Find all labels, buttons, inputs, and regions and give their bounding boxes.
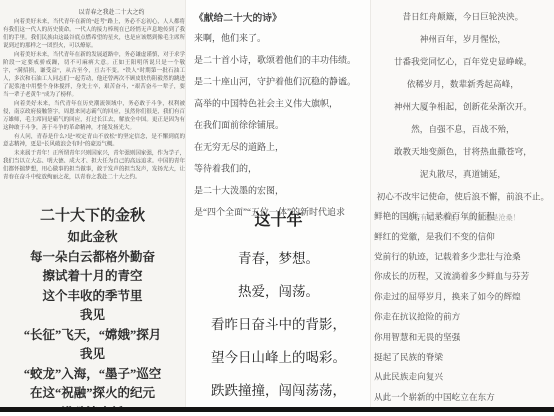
essay-block: 以青春之我赴二十大之约 向着美好未来，当代青年在新的“赶考”路上，务必不忘初心，…: [3, 8, 185, 183]
poem-line: 等待着我们的，: [194, 158, 371, 180]
poem-line: 这个丰收的季节里: [0, 287, 185, 307]
poem-line: 你走过的屈辱岁月，换来了如今的辉煌: [374, 287, 554, 307]
poem-line: 在我们面前徐徐铺展。: [194, 115, 371, 137]
poem-line: 从此民族走向复兴: [374, 368, 554, 388]
scan-page-dedication-poem: 《献给二十大的诗》 来啊，他们来了。 是二十首小诗，歌颂着他们的丰功伟绩。 是二…: [185, 0, 371, 407]
poem-line: 泥丸散尽，真道铺延，: [371, 164, 554, 187]
poem-line: 鲜艳的国旗，记录着百年的征程: [374, 207, 554, 227]
poem-line: 每一朵白云都格外勤奋: [0, 248, 185, 268]
poem-title: 二十大下的金秋: [0, 204, 185, 228]
poem-line: 看昨日奋斗中的背影，: [186, 308, 371, 341]
ten-years-poem: 这十年 青春，梦想。 热爱，闯荡。 看昨日奋斗中的背影， 望今日山峰上的喝彩。 …: [186, 206, 371, 407]
golden-autumn-poem: 二十大下的金秋 如此金秋 每一朵白云都格外勤奋 擦试着十月的青空 这个丰收的季节…: [0, 204, 185, 407]
poem-line: 鲜红的党徽，是我们不变的信仰: [374, 227, 554, 247]
poem-line: 跌跌撞撞，闯闯荡荡，: [186, 374, 371, 407]
poem-line: 然，自强不息，百战不殆，: [371, 119, 554, 142]
poem-line: 初心不改牢记使命，使后浪不懈，前浪不止。: [371, 186, 554, 209]
essay-paragraph: 有人问，青春是什么?是“咬定青山不放松”的坚定信念，是不懈到底的意志精神，更是“…: [3, 133, 185, 149]
scan-bottom-edge: [0, 407, 554, 412]
essay-paragraph: 向着美好未来，当代青年在新的“赶考”路上，务必不忘初心，人人都将有我们这一代人的…: [3, 18, 185, 50]
poem-line: 来啊，他们来了。: [194, 28, 371, 50]
poem-line: 望今日山峰上的喝彩。: [186, 341, 371, 374]
poem-line: 昔日红舟颠簸，今日巨轮泱泱。: [371, 6, 554, 29]
poem-line: 是二十座山河，守护着他们沉稳的静谧。: [194, 71, 371, 93]
essay-paragraph: 未来属于青年！正所谓青年兴则国家兴，青年强则国家强，作为学子，我们当以立大志、明…: [3, 150, 185, 182]
poem-line: 在这“祝融”探火的纪元: [0, 384, 185, 404]
poem-title: 这十年: [186, 206, 371, 236]
poem-line: 党前行的轨迹，记载着多少悲壮与沧桑: [374, 247, 554, 267]
poem-line: 你成长的历程，又流淌着多少鲜血与芬芳: [374, 267, 554, 287]
poem-line: 是二十大泼墨的宏图，: [194, 180, 371, 202]
poem-title: 《献给二十大的诗》: [194, 8, 371, 28]
poem-line: 青春，梦想。: [186, 242, 371, 275]
essay-title: 以青春之我赴二十大之约: [38, 8, 185, 17]
poem-line: 神州百年，岁月惺忪，: [371, 29, 554, 52]
poem-line: 神州大厦争相起，创新花朵渐次开。: [371, 96, 554, 119]
scan-page-century-poem: 昔日红舟颠簸，今日巨轮泱泱。 神州百年，岁月惺忪， 廿番我党同忆心，百年党史显峥…: [370, 0, 554, 407]
poem-line: 擦试着十月的青空: [0, 267, 185, 287]
essay-paragraph: 向着美好未来，当代青年在历史潮流领域中，务必敢于斗争，权利被侵，南京政府接触签字…: [3, 100, 185, 132]
poem-line: 我见: [0, 345, 185, 365]
poem-line: 依稀岁月，数辈新秀起高峰，: [371, 74, 554, 97]
century-poem-stanza1: 昔日红舟颠簸，今日巨轮泱泱。 神州百年，岁月惺忪， 廿番我党同忆心，百年党史显峥…: [371, 6, 554, 228]
poem-line: 是二十首小诗，歌颂着他们的丰功伟绩。: [194, 49, 371, 71]
poem-line: “长征”飞天，“嫦娥”探月: [0, 326, 185, 346]
poem-line: 你用智慧和无畏的坚强: [374, 328, 554, 348]
poem-line: 廿番我党同忆心，百年党史显峥嵘。: [371, 51, 554, 74]
dedication-poem: 《献给二十大的诗》 来啊，他们来了。 是二十首小诗，歌颂着他们的丰功伟绩。 是二…: [194, 8, 371, 223]
poem-line: 高举的中国特色社会主义伟大旗帜，: [194, 93, 371, 115]
essay-paragraph: 向着美好未来，当代青年在新的发展道路中，务必谦虚谨慎，对于求学阶段一定要戒骄戒躁…: [3, 51, 185, 99]
poem-line: 敢教天地变颜色，甘将热血撒苍穹，: [371, 141, 554, 164]
century-poem-stanza2: 鲜艳的国旗，记录着百年的征程 鲜红的党徽，是我们不变的信仰 党前行的轨迹，记载着…: [374, 207, 554, 407]
poem-line: “蛟龙”入海，“墨子”巡空: [0, 365, 185, 385]
poem-line: 在无穷无尽的道路上，: [194, 136, 371, 158]
poem-line: 我见: [0, 306, 185, 326]
poem-line: 从此一个崭新的中国屹立在东方: [374, 388, 554, 407]
scan-page-essay: 以青春之我赴二十大之约 向着美好未来，当代青年在新的“赶考”路上，务必不忘初心，…: [0, 0, 185, 407]
poem-line: 你走在抗议抢险的前方: [374, 307, 554, 327]
poem-line: 热爱，闯荡。: [186, 275, 371, 308]
poem-line: 挺起了民族的脊梁: [374, 348, 554, 368]
poem-line: 如此金秋: [0, 228, 185, 248]
